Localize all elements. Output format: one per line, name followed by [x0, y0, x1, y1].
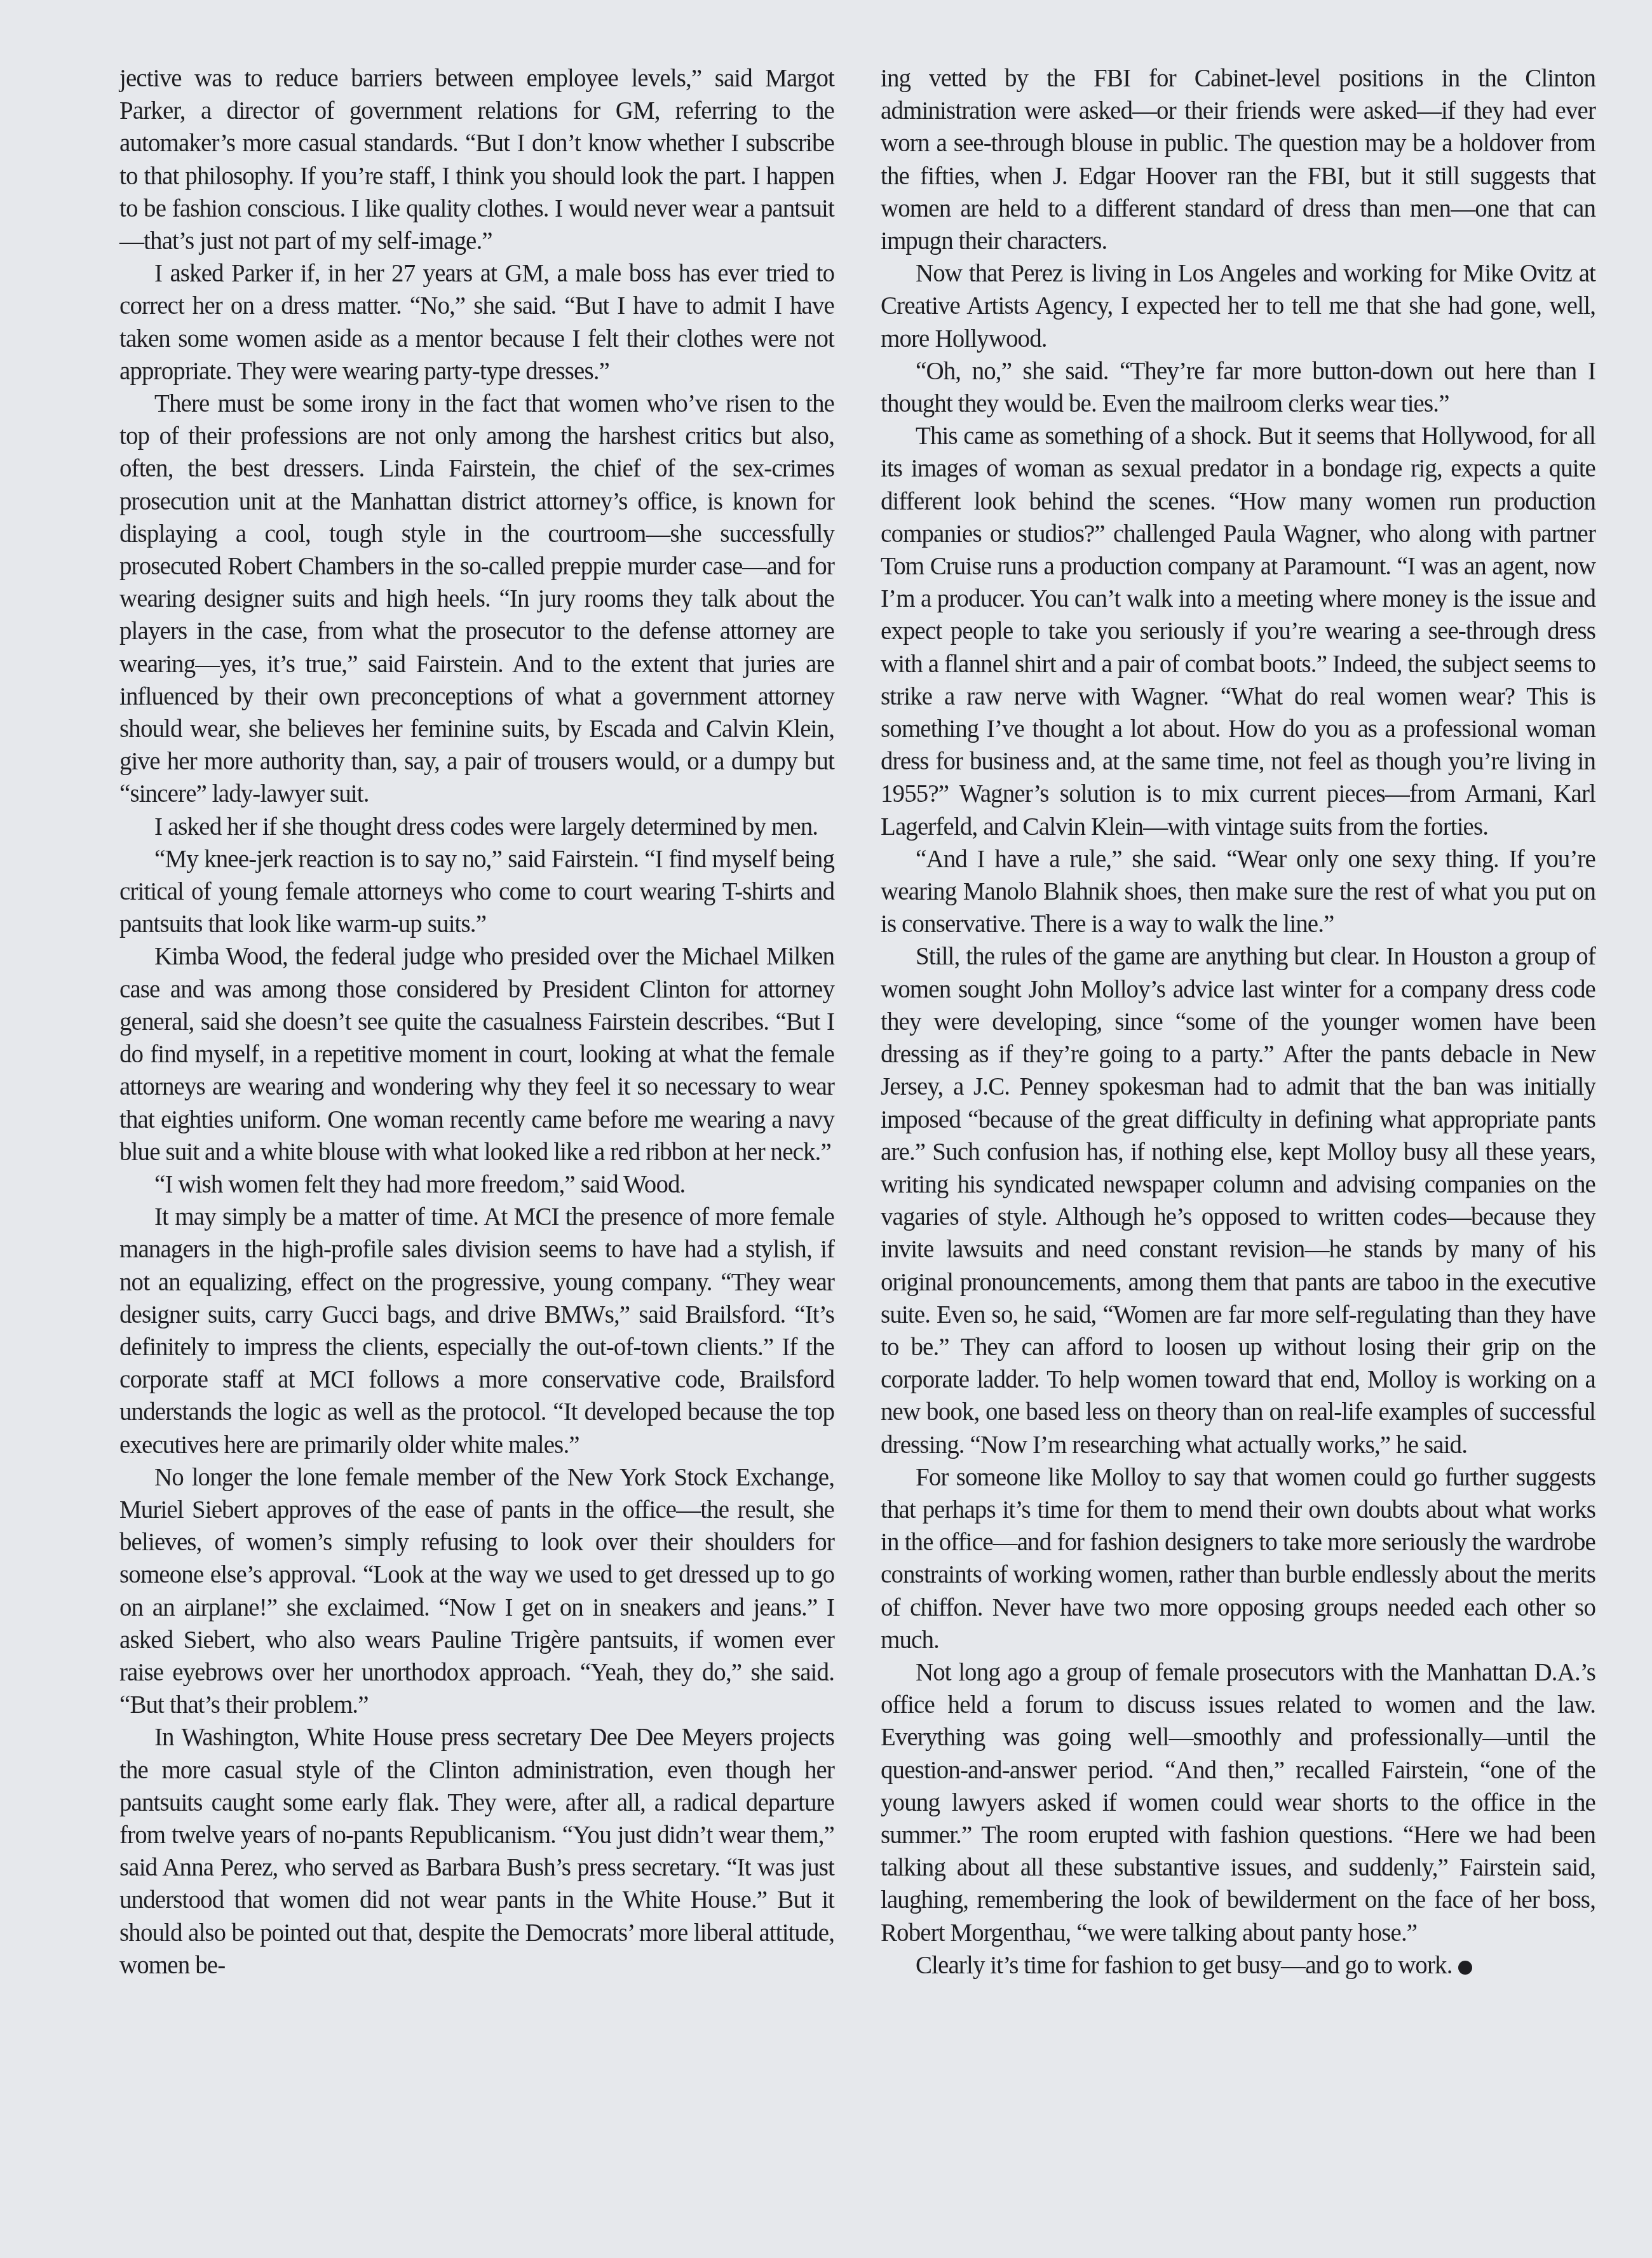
end-of-article-bullet-icon: [1458, 1961, 1472, 1975]
paragraph: No longer the lone female member of the …: [119, 1461, 834, 1722]
final-paragraph: Clearly it’s time for fashion to get bus…: [881, 1949, 1595, 1982]
article-column-left: jective was to reduce barriers between e…: [119, 62, 834, 1982]
article-column-right: ing vetted by the FBI for Cabinet-level …: [881, 62, 1595, 1982]
paragraph: For someone like Molloy to say that wome…: [881, 1461, 1595, 1656]
paragraph: “My knee-jerk reaction is to say no,” sa…: [119, 843, 834, 941]
paragraph: “And I have a rule,” she said. “Wear onl…: [881, 843, 1595, 941]
paragraph: Still, the rules of the game are anythin…: [881, 940, 1595, 1461]
paragraph: Kimba Wood, the federal judge who presid…: [119, 940, 834, 1168]
paragraph: Now that Perez is living in Los Angeles …: [881, 257, 1595, 355]
final-paragraph-text: Clearly it’s time for fashion to get bus…: [916, 1952, 1452, 1979]
paragraph: Not long ago a group of female prosecuto…: [881, 1656, 1595, 1949]
paragraph: “Oh, no,” she said. “They’re far more bu…: [881, 355, 1595, 420]
paragraph: ing vetted by the FBI for Cabinet-level …: [881, 62, 1595, 257]
paragraph: I asked Parker if, in her 27 years at GM…: [119, 257, 834, 388]
paragraph: I asked her if she thought dress codes w…: [119, 811, 834, 843]
paragraph: “I wish women felt they had more freedom…: [119, 1168, 834, 1201]
paragraph: It may simply be a matter of time. At MC…: [119, 1201, 834, 1461]
paragraph: There must be some irony in the fact tha…: [119, 388, 834, 811]
paragraph: In Washington, White House press secreta…: [119, 1721, 834, 1982]
paragraph: This came as something of a shock. But i…: [881, 420, 1595, 843]
paragraph: jective was to reduce barriers between e…: [119, 62, 834, 257]
